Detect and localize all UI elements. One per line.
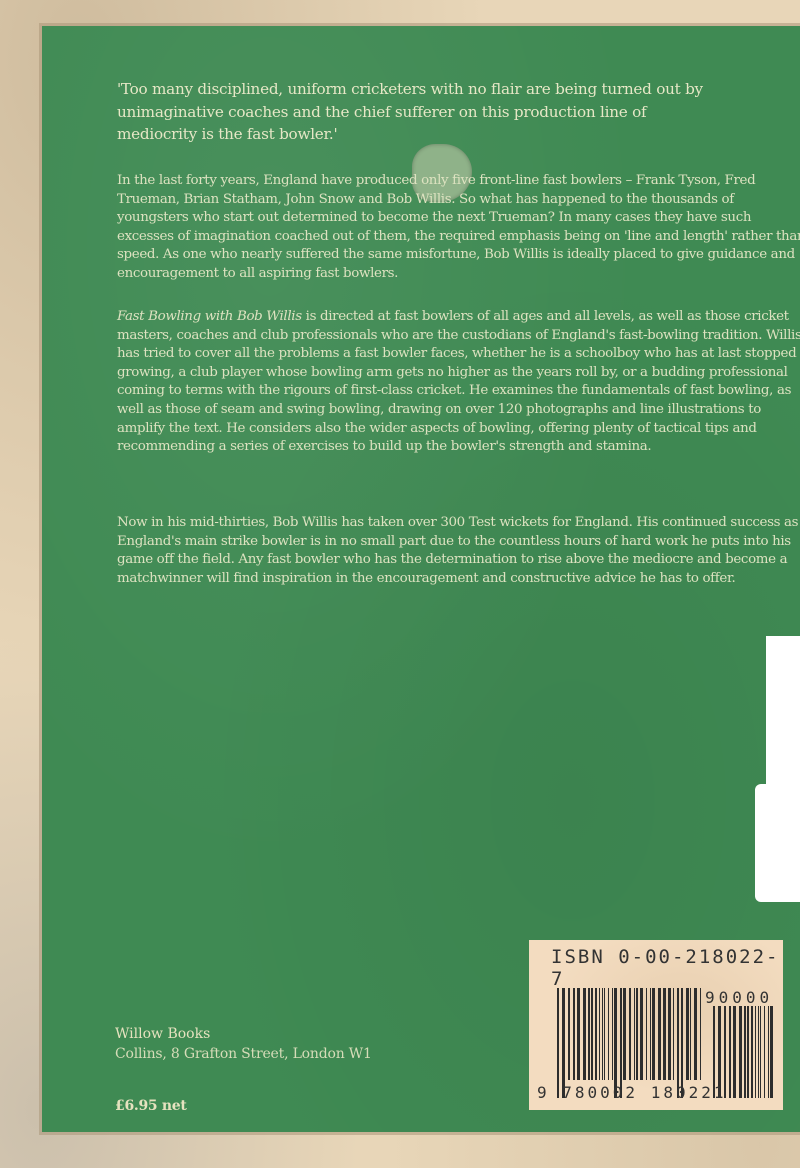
blurb-paragraph-3: Now in his mid-thirties, Bob Willis has …	[117, 514, 800, 588]
ean-number: 9 780002 180221	[537, 1083, 727, 1102]
white-sticker	[755, 784, 800, 902]
price: £6.95 net	[115, 1098, 187, 1114]
isbn-number: ISBN 0-00-218022-7	[551, 946, 783, 990]
book-title: Fast Bowling with Bob Willis	[117, 309, 302, 324]
barcode-label: ISBN 0-00-218022-7 90000 9 780002 180221	[529, 940, 783, 1110]
blurb-paragraph-2-text: is directed at fast bowlers of all ages …	[117, 309, 800, 454]
blurb-paragraph-1: In the last forty years, England have pr…	[117, 172, 800, 284]
publisher-address: Collins, 8 Grafton Street, London W1	[115, 1046, 372, 1062]
pull-quote: 'Too many disciplined, uniform cricketer…	[117, 78, 717, 146]
barcode-addon-number: 90000	[705, 988, 773, 1007]
barcode-bars	[557, 988, 702, 1098]
white-sticker	[766, 636, 800, 784]
publisher-name: Willow Books	[115, 1026, 210, 1042]
blurb-paragraph-2: Fast Bowling with Bob Willis is directed…	[117, 308, 800, 457]
